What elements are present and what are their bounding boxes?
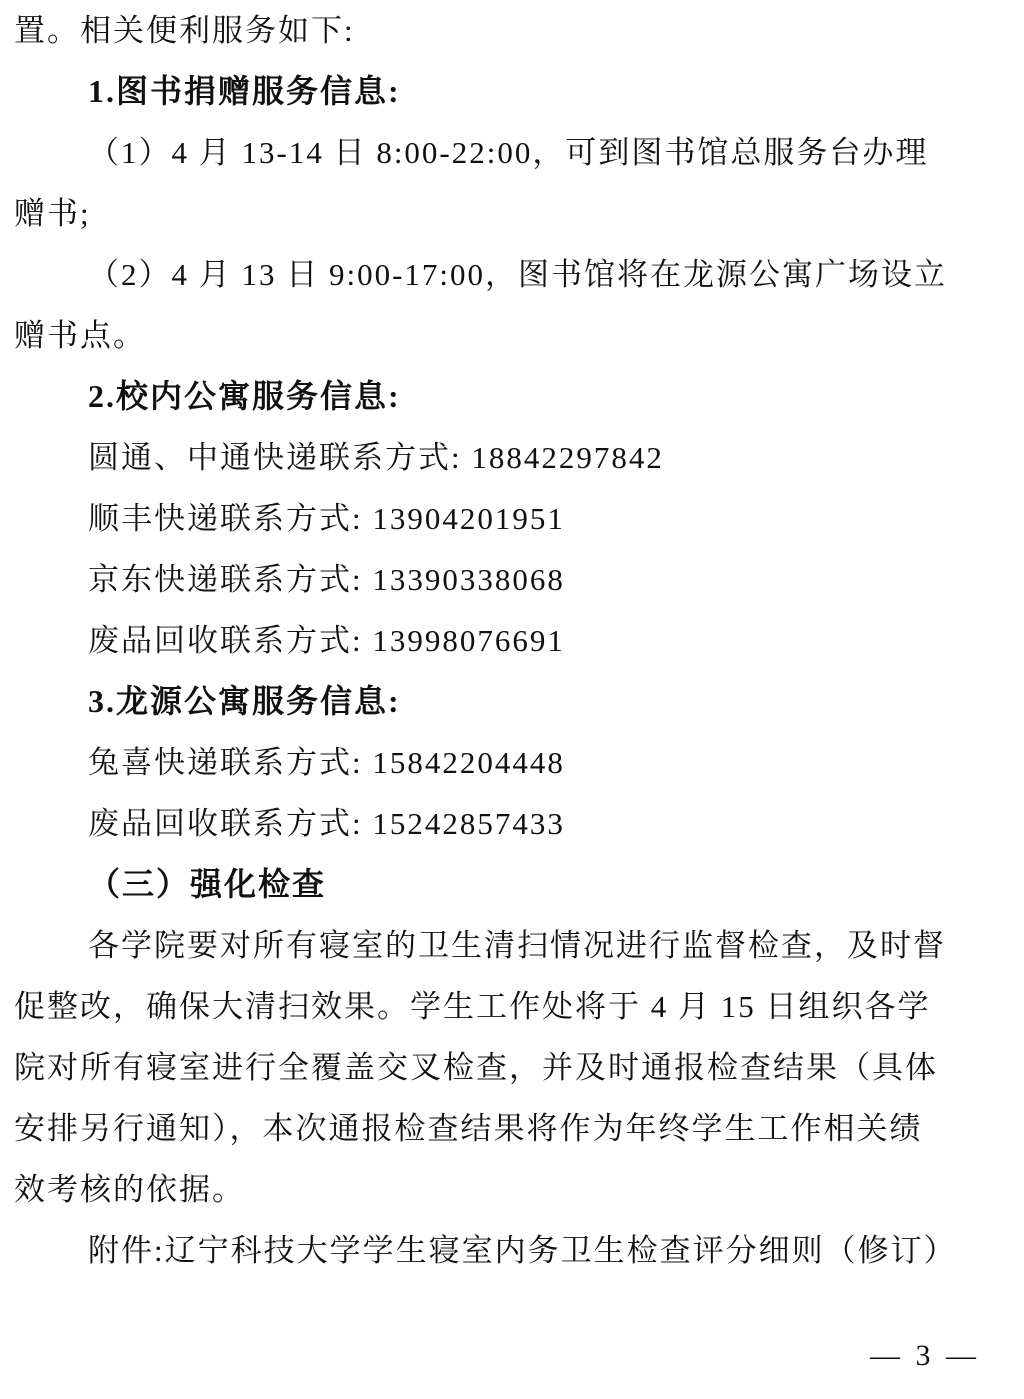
document-line: 顺丰快递联系方式: 13904201951 bbox=[14, 488, 1010, 549]
document-line: 3.龙源公寓服务信息: bbox=[14, 671, 1010, 732]
document-content: 置。相关便利服务如下:1.图书捐赠服务信息:（1）4 月 13-14 日 8:0… bbox=[0, 0, 1024, 1281]
document-line: 1.图书捐赠服务信息: bbox=[14, 61, 1010, 122]
document-page: 置。相关便利服务如下:1.图书捐赠服务信息:（1）4 月 13-14 日 8:0… bbox=[0, 0, 1024, 1399]
document-line: 促整改，确保大清扫效果。学生工作处将于 4 月 15 日组织各学 bbox=[14, 976, 1010, 1037]
document-line: 赠书; bbox=[14, 183, 1010, 244]
document-line: 置。相关便利服务如下: bbox=[14, 0, 1010, 61]
document-line: 废品回收联系方式: 13998076691 bbox=[14, 610, 1010, 671]
document-line: 附件:辽宁科技大学学生寝室内务卫生检查评分细则（修订） bbox=[14, 1220, 1010, 1281]
document-line: 各学院要对所有寝室的卫生清扫情况进行监督检查，及时督 bbox=[14, 915, 1010, 976]
document-line: （三）强化检查 bbox=[14, 854, 1010, 915]
document-line: 2.校内公寓服务信息: bbox=[14, 366, 1010, 427]
page-number: — 3 — bbox=[870, 1339, 980, 1373]
document-line: 废品回收联系方式: 15242857433 bbox=[14, 793, 1010, 854]
document-line: （1）4 月 13-14 日 8:00-22:00，可到图书馆总服务台办理 bbox=[14, 122, 1010, 183]
document-line: 院对所有寝室进行全覆盖交叉检查，并及时通报检查结果（具体 bbox=[14, 1037, 1010, 1098]
document-line: （2）4 月 13 日 9:00-17:00，图书馆将在龙源公寓广场设立 bbox=[14, 244, 1010, 305]
document-line: 安排另行通知），本次通报检查结果将作为年终学生工作相关绩 bbox=[14, 1098, 1010, 1159]
document-line: 圆通、中通快递联系方式: 18842297842 bbox=[14, 427, 1010, 488]
document-line: 赠书点。 bbox=[14, 305, 1010, 366]
document-line: 兔喜快递联系方式: 15842204448 bbox=[14, 732, 1010, 793]
document-line: 效考核的依据。 bbox=[14, 1159, 1010, 1220]
document-line: 京东快递联系方式: 13390338068 bbox=[14, 549, 1010, 610]
